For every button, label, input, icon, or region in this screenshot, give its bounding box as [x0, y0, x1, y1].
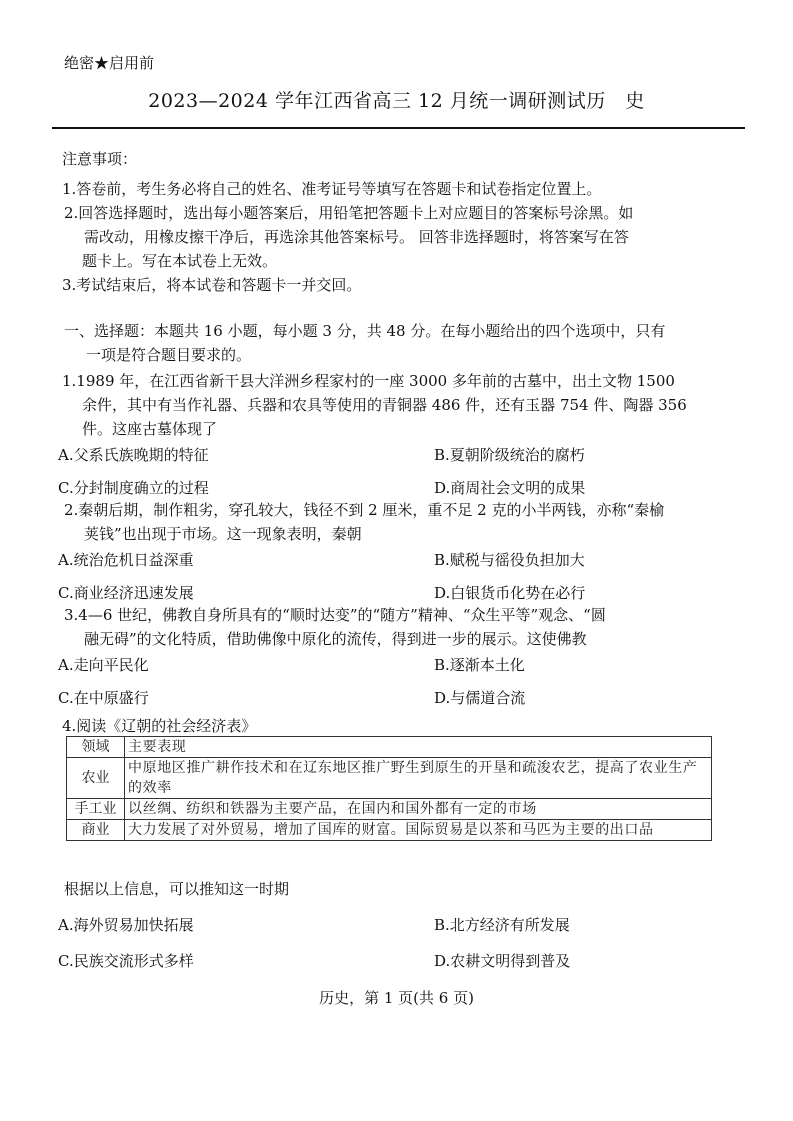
table-cell-domain: 商业	[67, 820, 125, 841]
q1-option-b[interactable]: B.夏朝阶级统治的腐朽	[434, 444, 585, 465]
q4-option-b[interactable]: B.北方经济有所发展	[434, 914, 570, 935]
table-row: 农业 中原地区推广耕作技术和在辽东地区推广野生到原生的开垦和疏浚农艺，提高了农业…	[67, 758, 712, 799]
table-header-description: 主要表现	[125, 737, 712, 758]
table-cell-description: 大力发展了对外贸易，增加了国库的财富。国际贸易是以茶和马匹为主要的出口品	[125, 820, 712, 841]
table-row: 手工业 以丝绸、纺织和铁器为主要产品，在国内和国外都有一定的市场	[67, 799, 712, 820]
notice-item-2-cont: 需改动，用橡皮擦干净后，再选涂其他答案标号。 回答非选择题时，将答案写在答	[84, 228, 629, 246]
q3-option-d[interactable]: D.与儒道合流	[434, 687, 525, 708]
q4-option-a[interactable]: A.海外贸易加快拓展	[58, 914, 194, 935]
notice-item-2-cont2: 题卡上。写在本试卷上无效。	[82, 252, 277, 270]
liao-economy-table: 领域 主要表现 农业 中原地区推广耕作技术和在辽东地区推广野生到原生的开垦和疏浚…	[66, 736, 712, 841]
table-cell-description: 中原地区推广耕作技术和在辽东地区推广野生到原生的开垦和疏浚农艺，提高了农业生产的…	[125, 758, 712, 799]
q2-option-d[interactable]: D.白银货币化势在必行	[434, 582, 585, 603]
q3-option-c[interactable]: C.在中原盛行	[58, 687, 149, 708]
q1-option-d[interactable]: D.商周社会文明的成果	[434, 477, 585, 498]
q3-stem-line1: 3.4—6 世纪，佛教自身所具有的“顺时达变”的“随方”精神、“众生平等”观念、…	[64, 606, 606, 624]
page-footer: 历史，第 1 页(共 6 页)	[0, 987, 793, 1008]
title-divider	[52, 127, 745, 129]
notice-item-1: 1.答卷前，考生务必将自己的姓名、准考证号等填写在答题卡和试卷指定位置上。	[62, 180, 601, 198]
q1-stem-line1: 1.1989 年，在江西省新干县大洋洲乡程家村的一座 3000 多年前的古墓中，…	[62, 372, 675, 390]
table-header-row: 领域 主要表现	[67, 737, 712, 758]
table-header-domain: 领域	[67, 737, 125, 758]
q4-question-prompt: 根据以上信息，可以推知这一时期	[64, 880, 289, 898]
section-heading: 一、选择题：本题共 16 小题，每小题 3 分，共 48 分。在每小题给出的四个…	[64, 322, 665, 340]
table-cell-domain: 手工业	[67, 799, 125, 820]
q1-option-c[interactable]: C.分封制度确立的过程	[58, 477, 209, 498]
q2-stem-line1: 2.秦朝后期，制作粗劣，穿孔较大，钱径不到 2 厘米，重不足 2 克的小半两钱，…	[64, 501, 664, 519]
q2-option-b[interactable]: B.赋税与徭役负担加大	[434, 549, 585, 570]
q1-stem-line2: 余件，其中有当作礼器、兵器和农具等使用的青铜器 486 件，还有玉器 754 件…	[82, 396, 687, 414]
q1-stem-line3: 件。这座古墓体现了	[82, 420, 217, 438]
notice-heading: 注意事项：	[62, 150, 137, 168]
section-heading-cont: 一项是符合题目要求的。	[86, 346, 251, 364]
q4-option-c[interactable]: C.民族交流形式多样	[58, 950, 194, 971]
q2-stem-line2: 荚钱”也出现于市场。这一现象表明，秦朝	[84, 525, 362, 543]
q2-option-c[interactable]: C.商业经济迅速发展	[58, 582, 194, 603]
q4-stem: 4.阅读《辽朝的社会经济表》	[62, 717, 256, 735]
notice-item-2: 2.回答选择题时，选出每小题答案后，用铅笔把答题卡上对应题目的答案标号涂黑。如	[64, 204, 633, 222]
q4-option-d[interactable]: D.农耕文明得到普及	[434, 950, 570, 971]
q3-option-b[interactable]: B.逐渐本土化	[434, 654, 525, 675]
exam-title: 2023—2024 学年江西省高三 12 月统一调研测试历 史	[0, 86, 793, 113]
table-row: 商业 大力发展了对外贸易，增加了国库的财富。国际贸易是以茶和马匹为主要的出口品	[67, 820, 712, 841]
q3-option-a[interactable]: A.走向平民化	[58, 654, 149, 675]
confidential-label: 绝密★启用前	[64, 52, 154, 73]
q1-option-a[interactable]: A.父系氏族晚期的特征	[58, 444, 209, 465]
table-cell-domain: 农业	[67, 758, 125, 799]
q3-stem-line2: 融无碍”的文化特质，借助佛像中原化的流传，得到进一步的展示。这使佛教	[84, 630, 587, 648]
table-cell-description: 以丝绸、纺织和铁器为主要产品，在国内和国外都有一定的市场	[125, 799, 712, 820]
q2-option-a[interactable]: A.统治危机日益深重	[58, 549, 194, 570]
notice-item-3: 3.考试结束后，将本试卷和答题卡一并交回。	[62, 276, 361, 294]
